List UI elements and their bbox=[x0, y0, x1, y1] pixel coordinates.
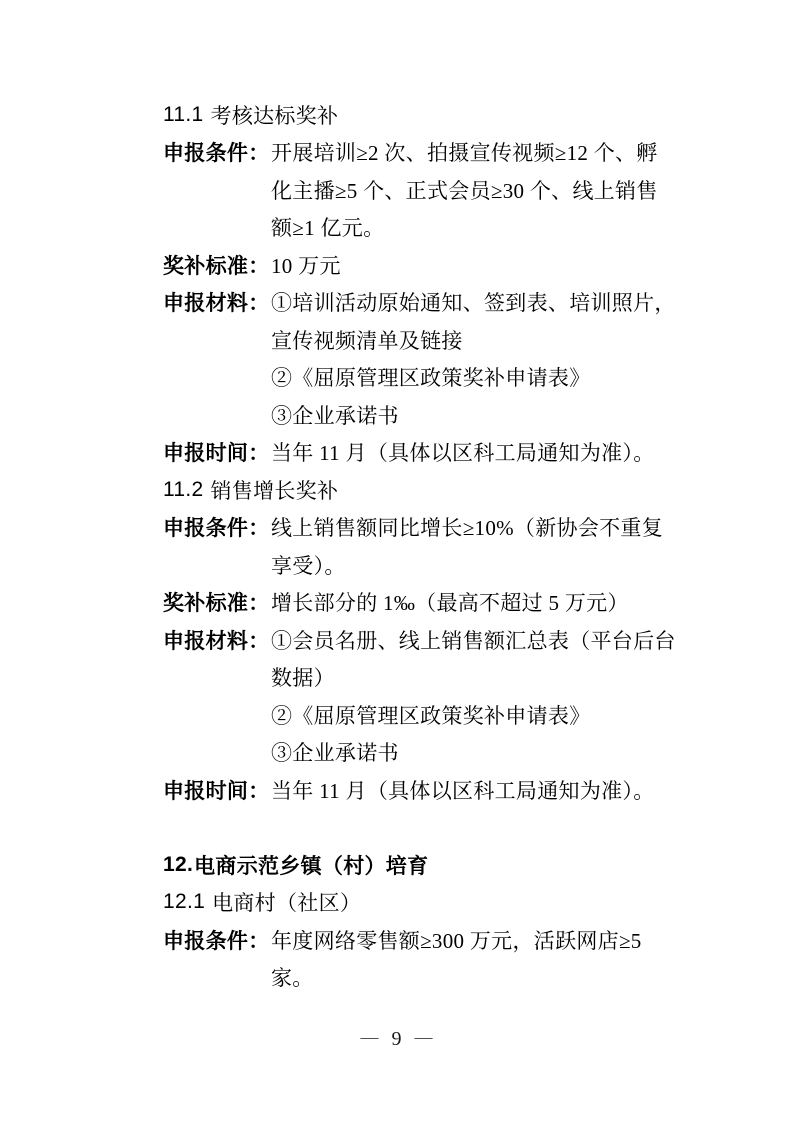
field-label: 申报条件： bbox=[163, 512, 271, 542]
field-row-materials-11-1: 申报材料： ①培训活动原始通知、签到表、培训照片， bbox=[163, 284, 723, 322]
section-title: 电商示范乡镇（村）培育 bbox=[194, 850, 428, 880]
subsection-title: 电商村（社区） bbox=[212, 887, 361, 917]
subsection-title: 销售增长奖补 bbox=[211, 475, 339, 505]
field-value: 额≥1 亿元。 bbox=[271, 212, 384, 242]
subsection-12-1-heading: 12.1 电商村（社区） bbox=[163, 884, 723, 922]
field-value: 家。 bbox=[271, 962, 314, 992]
subsection-number: 12.1 bbox=[163, 890, 205, 914]
blank-line bbox=[163, 809, 723, 847]
field-value: 数据） bbox=[271, 662, 335, 692]
page-number: 9 bbox=[392, 1028, 402, 1050]
continuation-line: ③企业承诺书 bbox=[163, 734, 723, 772]
field-label: 申报条件： bbox=[163, 925, 271, 955]
field-value: 年度网络零售额≥300 万元，活跃网店≥5 bbox=[271, 925, 642, 955]
field-value: 宣传视频清单及链接 bbox=[271, 325, 463, 355]
continuation-line: 化主播≥5 个、正式会员≥30 个、线上销售 bbox=[163, 171, 723, 209]
subsection-title: 考核达标奖补 bbox=[211, 100, 339, 130]
continuation-line: ②《屈原管理区政策奖补申请表》 bbox=[163, 359, 723, 397]
field-value: ①培训活动原始通知、签到表、培训照片， bbox=[271, 287, 676, 317]
field-value: 当年 11 月（具体以区科工局通知为准）。 bbox=[271, 775, 655, 805]
field-value: ①会员名册、线上销售额汇总表（平台后台 bbox=[271, 625, 676, 655]
field-value: 开展培训≥2 次、拍摄宣传视频≥12 个、孵 bbox=[271, 137, 658, 167]
field-value: 线上销售额同比增长≥10%（新协会不重复 bbox=[271, 512, 663, 542]
field-label: 申报时间： bbox=[163, 437, 271, 467]
page-footer: —9— bbox=[0, 1028, 793, 1051]
field-value: 化主播≥5 个、正式会员≥30 个、线上销售 bbox=[271, 175, 658, 205]
field-row-standard-11-1: 奖补标准： 10 万元 bbox=[163, 246, 723, 284]
field-row-time-11-2: 申报时间： 当年 11 月（具体以区科工局通知为准）。 bbox=[163, 771, 723, 809]
field-label: 申报条件： bbox=[163, 137, 271, 167]
field-label: 申报材料： bbox=[163, 625, 271, 655]
field-value: ③企业承诺书 bbox=[271, 400, 399, 430]
field-value: ②《屈原管理区政策奖补申请表》 bbox=[271, 700, 591, 730]
field-value: 享受）。 bbox=[271, 550, 346, 580]
continuation-line: 数据） bbox=[163, 659, 723, 697]
field-row-standard-11-2: 奖补标准： 增长部分的 1‰（最高不超过 5 万元） bbox=[163, 584, 723, 622]
subsection-number: 11.2 bbox=[163, 478, 204, 502]
field-value: ②《屈原管理区政策奖补申请表》 bbox=[271, 362, 591, 392]
continuation-line: ②《屈原管理区政策奖补申请表》 bbox=[163, 696, 723, 734]
continuation-line: 家。 bbox=[163, 959, 723, 997]
field-row-time-11-1: 申报时间： 当年 11 月（具体以区科工局通知为准）。 bbox=[163, 434, 723, 472]
subsection-11-1-heading: 11.1 考核达标奖补 bbox=[163, 96, 723, 134]
field-value: ③企业承诺书 bbox=[271, 737, 399, 767]
continuation-line: 额≥1 亿元。 bbox=[163, 209, 723, 247]
field-value: 增长部分的 1‰（最高不超过 5 万元） bbox=[271, 587, 629, 617]
field-label: 奖补标准： bbox=[163, 250, 271, 280]
field-value: 10 万元 bbox=[271, 250, 341, 280]
field-label: 申报材料： bbox=[163, 287, 271, 317]
continuation-line: ③企业承诺书 bbox=[163, 396, 723, 434]
field-value: 当年 11 月（具体以区科工局通知为准）。 bbox=[271, 437, 655, 467]
section-number: 12. bbox=[163, 853, 193, 877]
subsection-number: 11.1 bbox=[163, 103, 204, 127]
field-row-conditions-11-2: 申报条件： 线上销售额同比增长≥10%（新协会不重复 bbox=[163, 509, 723, 547]
field-row-conditions-12-1: 申报条件： 年度网络零售额≥300 万元，活跃网店≥5 bbox=[163, 921, 723, 959]
continuation-line: 宣传视频清单及链接 bbox=[163, 321, 723, 359]
section-12-heading: 12. 电商示范乡镇（村）培育 bbox=[163, 846, 723, 884]
footer-right-dash: — bbox=[415, 1027, 433, 1047]
field-row-materials-11-2: 申报材料： ①会员名册、线上销售额汇总表（平台后台 bbox=[163, 621, 723, 659]
page-content: 11.1 考核达标奖补 申报条件： 开展培训≥2 次、拍摄宣传视频≥12 个、孵… bbox=[163, 96, 723, 996]
continuation-line: 享受）。 bbox=[163, 546, 723, 584]
footer-left-dash: — bbox=[361, 1027, 379, 1047]
subsection-11-2-heading: 11.2 销售增长奖补 bbox=[163, 471, 723, 509]
field-label: 申报时间： bbox=[163, 775, 271, 805]
field-label: 奖补标准： bbox=[163, 587, 271, 617]
field-row-conditions-11-1: 申报条件： 开展培训≥2 次、拍摄宣传视频≥12 个、孵 bbox=[163, 134, 723, 172]
